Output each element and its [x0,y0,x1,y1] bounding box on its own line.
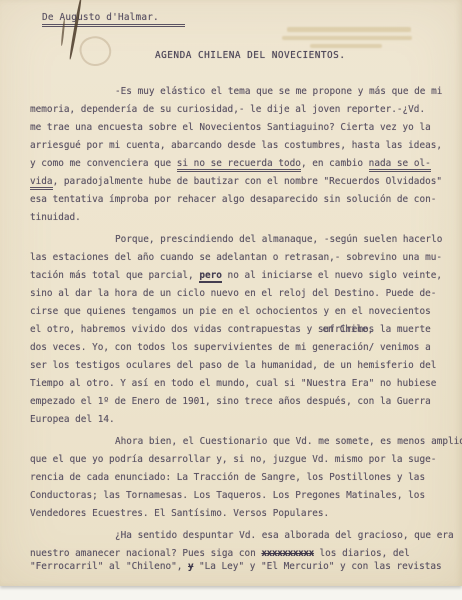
text-line: empezado el 1º de Enero de 1901, sino tr… [30,393,450,411]
text-line: -Es muy elástico el tema que se me propo… [30,83,450,101]
text-line: rencia de cada enunciado: La Tracción de… [30,469,450,487]
text-line: el otro, habremos vivido dos vidas contr… [30,321,450,339]
scanned-typewritten-page: De Augusto d'Halmar. AGENDA CHILENA DEL … [0,0,462,586]
text-line: Conductoras; las Tornamesas. Los Taquero… [30,487,450,505]
text-line: ser los testigos oculares del paso de la… [30,357,450,375]
paragraph: -Es muy elástico el tema que se me propo… [30,83,450,227]
text-line: dos veces. Yo, con todos los supervivien… [30,339,450,357]
paragraph: ¿Ha sentido despuntar Vd. esa alborada d… [30,527,450,576]
text-line: arriesgué por mi cuenta, abarcando desde… [30,137,450,155]
text-line: vida, paradojalmente hube de bautizar co… [30,173,450,191]
text-line: sino al dar la hora de un ciclo nuevo en… [30,285,450,303]
text-line: Europea del 14. [30,411,450,429]
text-line: y como me convenciera que si no se recue… [30,155,450,173]
text-line: las estaciones del año cuando se adelant… [30,249,450,267]
text-line: tinuidad. [30,209,450,227]
text-line: tación más total que parcial, pero no al… [30,267,450,285]
text-line: que el que yo podría desarrollar y, si n… [30,451,450,469]
text-line: esa tentativa ímproba por rehacer algo d… [30,191,450,209]
text-line: Vendedores Ecuestres. El Santísimo. Vers… [30,505,450,523]
page-title: AGENDA CHILENA DEL NOVECIENTOS. [155,50,345,61]
ink-smudge [76,32,115,70]
document-body: -Es muy elástico el tema que se me propo… [30,83,450,576]
text-line: "Ferrocarril" al "Chileno", y "La Ley" y… [30,558,450,576]
text-line: me trae una encuesta sobre el Noveciento… [30,119,450,137]
text-line: ¿Ha sentido despuntar Vd. esa alborada d… [30,527,450,545]
text-line: Porque, prescindiendo del almanaque, -se… [30,231,450,249]
paragraph: Porque, prescindiendo del almanaque, -se… [30,231,450,429]
text-line: cirse que quienes tengamos un pie en el … [30,303,450,321]
text-line: Ahora bien, el Cuestionario que Vd. me s… [30,433,450,451]
paragraph: Ahora bien, el Cuestionario que Vd. me s… [30,433,450,523]
faint-ink-stamp [282,27,414,48]
text-line: Tiempo al otro. Y así en todo el mundo, … [30,375,450,393]
text-line: memoria, dependería de su curiosidad,- l… [30,101,450,119]
